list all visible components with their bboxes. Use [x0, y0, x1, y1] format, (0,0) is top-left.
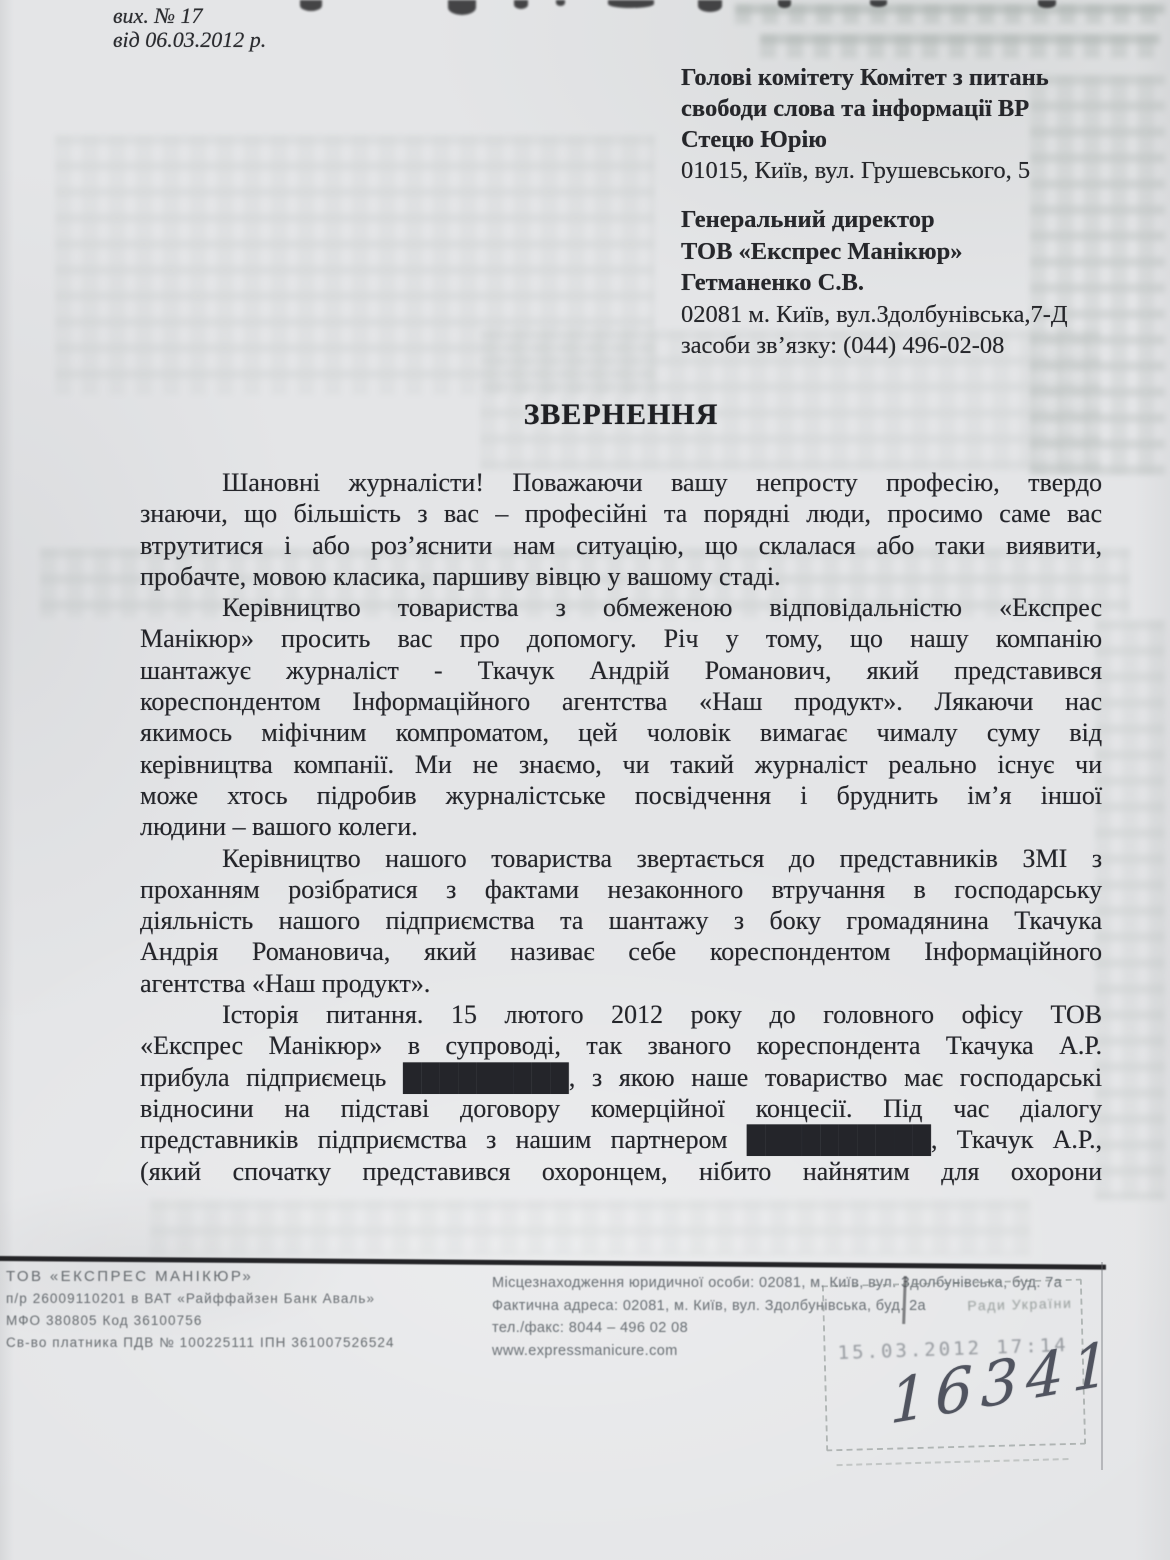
- body-line: пробачте, мовою класика, паршиву вівцю у…: [140, 561, 1102, 592]
- body-line: агентства «Наш продукт».: [140, 968, 1102, 999]
- body-line-redacted: представників підприємства з нашим партн…: [140, 1124, 1102, 1155]
- scan-smudge: [514, 0, 528, 9]
- body-line: якимось міфічним компроматом, цей чолові…: [140, 717, 1102, 748]
- scan-smudge: [1038, 0, 1056, 8]
- scan-smudge: [448, 0, 476, 15]
- body-line: втрутитися і або роз’яснити нам ситуацію…: [140, 530, 1102, 561]
- body-line: людини – вашого колеги.: [140, 811, 1102, 842]
- ref-number: вих. № 17: [113, 4, 266, 28]
- body-line: Андрія Романовича, який називає себе кор…: [140, 936, 1102, 967]
- ref-date: від 06.03.2012 р.: [113, 28, 266, 52]
- footer-company-details: ТОВ «ЕКСПРЕС МАНІКЮР» п/р 26009110201 в …: [6, 1266, 395, 1354]
- body-line: шантажує журналіст - Ткачук Андрій Роман…: [140, 655, 1102, 686]
- stamp-organization-fragment: Ради України: [967, 1295, 1073, 1314]
- scanned-letter-page: вих. № 17 від 06.03.2012 р. Голові коміт…: [0, 0, 1170, 1560]
- body-line: Історія питання. 15 лютого 2012 року до …: [140, 999, 1102, 1030]
- body-line: відносини на підставі договору комерційн…: [140, 1093, 1102, 1124]
- body-line: може хтось підробив журналістське посвід…: [140, 780, 1102, 811]
- recipient-line: ТОВ «Експрес Манікюр»: [681, 236, 1068, 268]
- recipient-line: Гетманенко С.В.: [681, 267, 1068, 299]
- scan-smudge: [778, 0, 791, 8]
- outgoing-reference: вих. № 17 від 06.03.2012 р.: [113, 4, 266, 52]
- recipient-line: свободи слова та інформації ВР: [681, 93, 1049, 124]
- body-line: керівництва компанії. Ми не знаємо, чи т…: [140, 749, 1102, 780]
- footer-vat-number: Св-во платника ПДВ № 100225111 ІПН 36100…: [6, 1332, 395, 1354]
- body-line: (який спочатку представився охоронцем, н…: [140, 1156, 1102, 1187]
- scan-smudge: [556, 0, 565, 6]
- footer-company-name: ТОВ «ЕКСПРЕС МАНІКЮР»: [6, 1266, 395, 1288]
- bleedthrough-artifact: [735, 4, 1165, 24]
- recipient-block-director: Генеральний директор ТОВ «Експрес Манікю…: [681, 204, 1068, 362]
- body-line: проханням розібратися з фактами незаконн…: [140, 874, 1102, 905]
- body-line: Манікюр» просить вас про допомогу. Річ у…: [140, 623, 1102, 654]
- body-line: Шановні журналісти! Поважаючи вашу непро…: [140, 467, 1102, 498]
- recipient-line: Стецю Юрію: [681, 124, 1049, 155]
- scan-smudge: [870, 0, 887, 7]
- scan-smudge: [698, 0, 722, 12]
- body-line: знаючи, що більшість з вас – професійні …: [140, 498, 1102, 529]
- recipient-address: 02081 м. Київ, вул.Здолбунівська,7-Д: [681, 299, 1068, 331]
- footer-bank-codes: МФО 380805 Код 36100756: [6, 1310, 395, 1332]
- recipient-contact: засоби зв’язку: (044) 496-02-08: [681, 330, 1068, 362]
- body-line: «Експрес Манікюр» в супроводі, так звано…: [140, 1030, 1102, 1061]
- body-line: Керівництво товариства з обмеженою відпо…: [140, 592, 1102, 623]
- body-line-redacted: прибула підприємець █████████, з якою на…: [140, 1062, 1102, 1093]
- scan-smudge: [608, 0, 654, 8]
- letter-body: Шановні журналісти! Поважаючи вашу непро…: [140, 467, 1102, 1187]
- footer-bank-account: п/р 26009110201 в ВАТ «Райффайзен Банк А…: [6, 1288, 395, 1310]
- body-line: діяльність нашого підприємства та шантаж…: [140, 905, 1102, 936]
- recipient-address: 01015, Київ, вул. Грушевського, 5: [681, 155, 1049, 186]
- bleedthrough-artifact: [150, 1200, 1030, 1255]
- recipient-line: Генеральний директор: [681, 204, 1068, 236]
- stamp-border-dashes: [837, 1458, 1069, 1466]
- recipient-block-committee: Голові комітету Комітет з питань свободи…: [681, 62, 1049, 186]
- scan-smudge: [300, 0, 322, 11]
- body-line: Керівництво нашого товариства звертаєтьс…: [140, 843, 1102, 874]
- bleedthrough-artifact: [760, 34, 1160, 58]
- recipient-line: Голові комітету Комітет з питань: [681, 62, 1049, 93]
- document-title: ЗВЕРНЕННЯ: [140, 398, 1102, 432]
- body-line: кореспондентом Інформаційного агентства …: [140, 686, 1102, 717]
- bleedthrough-artifact: [1095, 620, 1165, 1200]
